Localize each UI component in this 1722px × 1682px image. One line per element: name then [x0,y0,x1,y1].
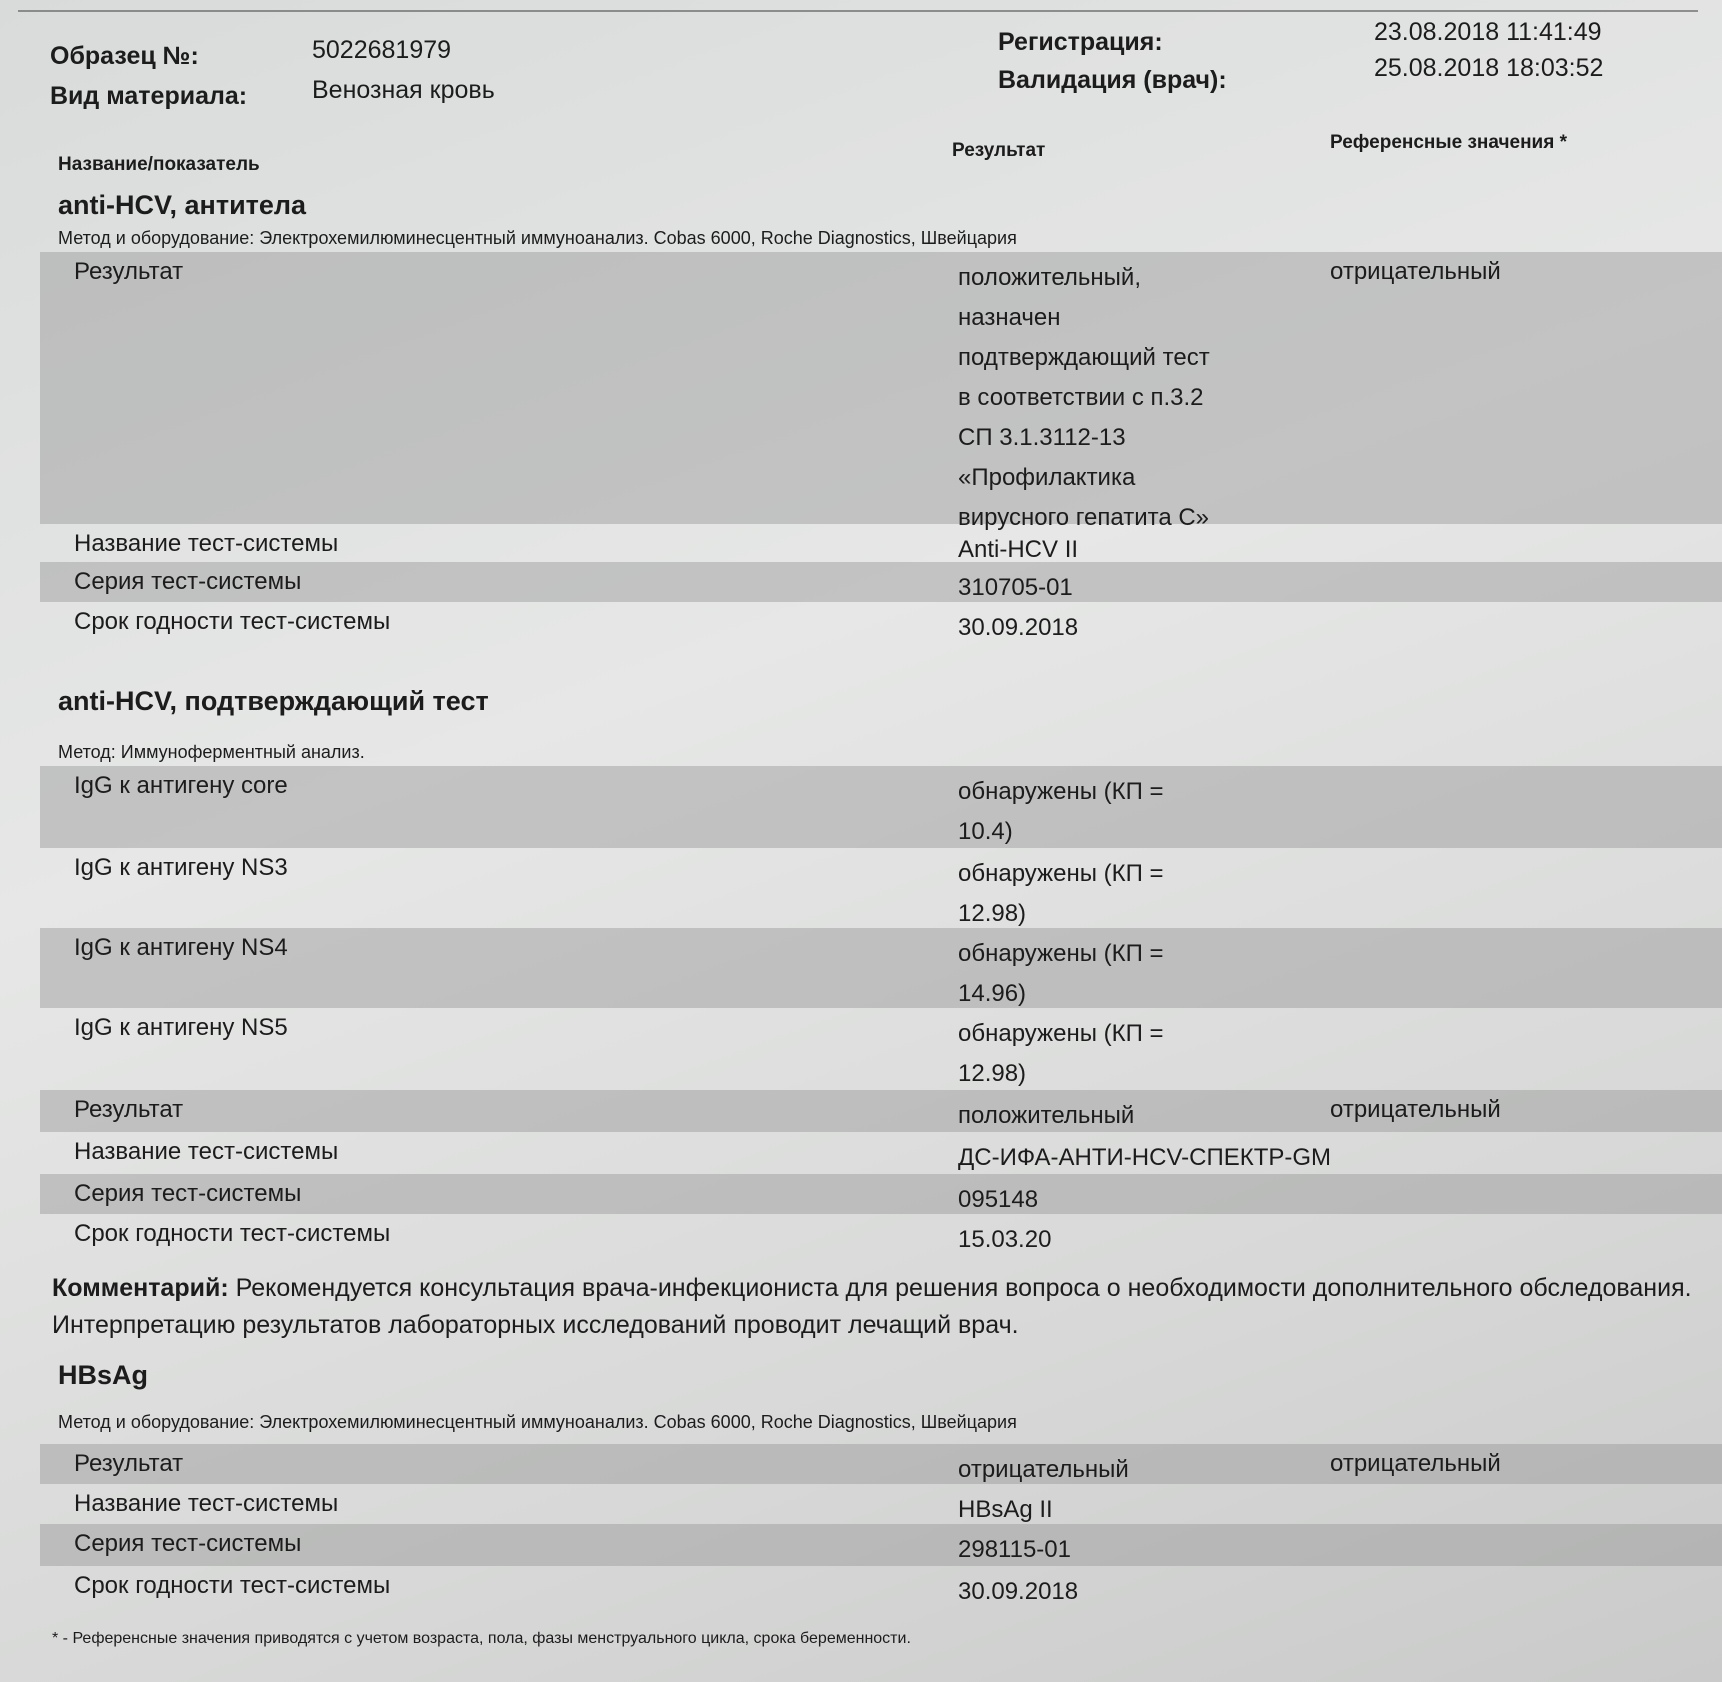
column-header-reference: Референсные значения * [1330,132,1567,154]
result-row: Срок годности тест-системы30.09.2018 [40,1566,1722,1608]
result-row: Срок годности тест-системы15.03.20 [40,1214,1722,1256]
result-row: Название тест-системыHBsAg II [40,1484,1722,1524]
registration-label: Регистрация: [998,28,1163,57]
row-value: 30.09.2018 [958,608,1078,648]
row-value: 15.03.20 [958,1220,1051,1260]
row-label: Серия тест-системы [74,1530,301,1558]
row-label: Срок годности тест-системы [74,1220,390,1248]
row-label: Срок годности тест-системы [74,608,390,636]
row-value: положительный [958,1096,1134,1136]
section-title: anti-HCV, антитела [58,190,306,221]
row-value: обнаружены (КП = 12.98) [958,1014,1164,1094]
row-reference: отрицательный [1330,1450,1501,1478]
validation-label: Валидация (врач): [998,66,1227,95]
row-label: Результат [74,258,183,286]
row-label: Результат [74,1450,183,1478]
result-row: IgG к антигену NS4обнаружены (КП = 14.96… [40,928,1722,1008]
section-method: Метод: Иммуноферментный анализ. [58,742,365,763]
row-label: Серия тест-системы [74,1180,301,1208]
result-row: IgG к антигену coreобнаружены (КП = 10.4… [40,766,1722,848]
comment-label: Комментарий: [52,1274,229,1302]
row-label: IgG к антигену core [74,772,288,800]
result-row: Название тест-системыДС-ИФА-АНТИ-HCV-СПЕ… [40,1132,1722,1174]
row-label: Название тест-системы [74,1490,338,1518]
result-row: IgG к антигену NS5обнаружены (КП = 12.98… [40,1008,1722,1090]
section-title: HBsAg [58,1360,148,1391]
result-row: Срок годности тест-системы30.09.2018 [40,602,1722,642]
comment: Комментарий: Рекомендуется консультация … [52,1270,1712,1344]
top-divider [18,10,1698,12]
row-label: Результат [74,1096,183,1124]
column-header-name: Название/показатель [58,154,260,176]
result-row: Название тест-системыAnti-HCV II [40,524,1722,562]
result-row: Серия тест-системы298115-01 [40,1524,1722,1566]
footnote: * - Референсные значения приводятся с уч… [52,1630,911,1648]
row-label: IgG к антигену NS3 [74,854,288,882]
section-title: anti-HCV, подтверждающий тест [58,686,489,717]
result-row: Серия тест-системы310705-01 [40,562,1722,602]
row-label: IgG к антигену NS4 [74,934,288,962]
row-label: Название тест-системы [74,1138,338,1166]
row-reference: отрицательный [1330,1096,1501,1124]
result-row: IgG к антигену NS3обнаружены (КП = 12.98… [40,848,1722,928]
row-label: Название тест-системы [74,530,338,558]
column-header-result: Результат [952,140,1045,162]
row-label: Серия тест-системы [74,568,301,596]
result-row: Результатотрицательныйотрицательный [40,1444,1722,1484]
row-value: положительный, назначен подтверждающий т… [958,258,1210,538]
material-label: Вид материала: [50,82,247,111]
row-label: Срок годности тест-системы [74,1572,390,1600]
section-method: Метод и оборудование: Электрохемилюминес… [58,1412,1017,1433]
result-row: Результатположительныйотрицательный [40,1090,1722,1132]
sample-number-label: Образец №: [50,42,199,71]
row-value: обнаружены (КП = 14.96) [958,934,1164,1014]
sample-number-value: 5022681979 [312,36,451,65]
row-value: 298115-01 [958,1530,1071,1570]
section-method: Метод и оборудование: Электрохемилюминес… [58,228,1017,249]
row-value: обнаружены (КП = 12.98) [958,854,1164,934]
result-row: Результатположительный, назначен подтвер… [40,252,1722,524]
row-label: IgG к антигену NS5 [74,1014,288,1042]
row-value: 30.09.2018 [958,1572,1078,1612]
row-value: обнаружены (КП = 10.4) [958,772,1164,852]
row-reference: отрицательный [1330,258,1501,286]
row-value: ДС-ИФА-АНТИ-HCV-СПЕКТР-GM [958,1138,1331,1178]
validation-value: 25.08.2018 18:03:52 [1374,54,1603,83]
comment-text: Рекомендуется консультация врача-инфекци… [52,1274,1692,1339]
material-value: Венозная кровь [312,76,495,105]
result-row: Серия тест-системы095148 [40,1174,1722,1214]
registration-value: 23.08.2018 11:41:49 [1374,18,1602,47]
